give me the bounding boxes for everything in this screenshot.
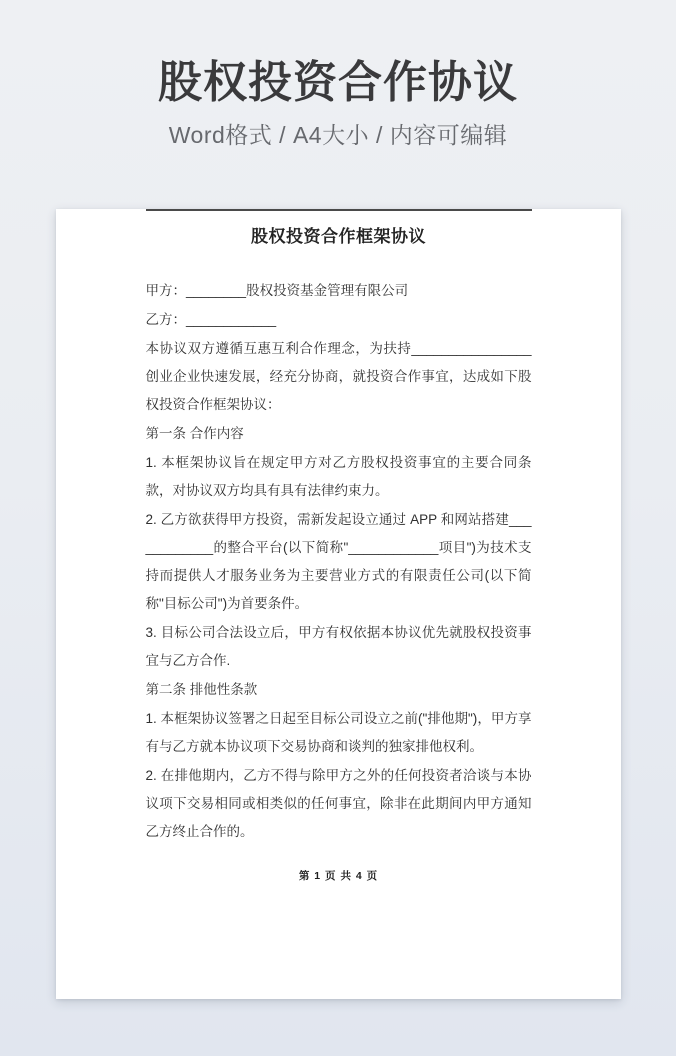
page-number-footer: 第 1 页 共 4 页 — [146, 868, 532, 883]
doc-clause-2-item-2: 2. 在排他期内，乙方不得与除甲方之外的任何投资者洽谈与本协议项下交易相同或相类… — [146, 762, 532, 846]
document-top-rule — [146, 209, 532, 211]
doc-clause-1-item-3: 3. 目标公司合法设立后，甲方有权依据本协议优先就股权投资事宜与乙方合作. — [146, 619, 532, 675]
template-subtitle: Word格式 / A4大小 / 内容可编辑 — [0, 122, 676, 148]
doc-clause-1-item-2: 2. 乙方欲获得甲方投资，需新发起设立通过 APP 和网站搭建_________… — [146, 506, 532, 618]
document-body: 甲方：________股权投资基金管理有限公司 乙方：____________ … — [146, 277, 532, 846]
doc-paragraph-party-a: 甲方：________股权投资基金管理有限公司 — [146, 277, 532, 305]
document-sheet: 股权投资合作框架协议 甲方：________股权投资基金管理有限公司 乙方：__… — [56, 209, 621, 999]
doc-paragraph-preamble: 本协议双方遵循互惠互利合作理念，为扶持________________创业企业快… — [146, 335, 532, 419]
doc-clause-1-heading: 第一条 合作内容 — [146, 420, 532, 448]
doc-clause-2-heading: 第二条 排他性条款 — [146, 676, 532, 704]
doc-clause-1-item-1: 1. 本框架协议旨在规定甲方对乙方股权投资事宜的主要合同条款，对协议双方均具有具… — [146, 449, 532, 505]
document-title: 股权投资合作框架协议 — [146, 223, 532, 251]
page-background: 股权投资合作协议 Word格式 / A4大小 / 内容可编辑 股权投资合作框架协… — [0, 0, 676, 1056]
template-title: 股权投资合作协议 — [0, 60, 676, 106]
template-header: 股权投资合作协议 Word格式 / A4大小 / 内容可编辑 — [0, 0, 676, 148]
doc-clause-2-item-1: 1. 本框架协议签署之日起至目标公司设立之前("排他期")，甲方享有与乙方就本协… — [146, 705, 532, 761]
doc-paragraph-party-b: 乙方：____________ — [146, 306, 532, 334]
